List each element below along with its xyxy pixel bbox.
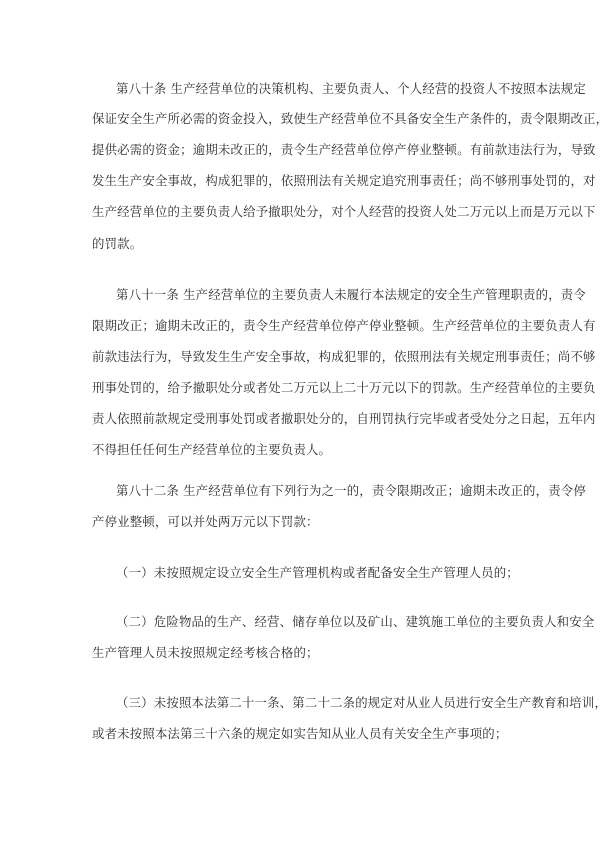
text-line: （三）未按照本法第二十一条、第二十二条的规定对从业人员进行安全生产教育和培训， bbox=[116, 695, 534, 711]
text-line: 不得担任任何生产经营单位的主要负责人。 bbox=[92, 442, 534, 458]
text-line: （二）危险物品的生产、经营、储存单位以及矿山、建筑施工单位的主要负责人和安全 bbox=[116, 614, 534, 630]
text-line: 第八十一条 生产经营单位的主要负责人未履行本法规定的安全生产管理职责的，责令 bbox=[116, 287, 534, 303]
text-line: 生产经营单位的主要负责人给予撤职处分，对个人经营的投资人处二万元以上而是万元以下 bbox=[92, 204, 534, 220]
document-page: 第八十条 生产经营单位的决策机构、主要负责人、个人经营的投资人不按照本法规定 保… bbox=[0, 0, 600, 848]
text-line: 第八十条 生产经营单位的决策机构、主要负责人、个人经营的投资人不按照本法规定 bbox=[116, 81, 534, 97]
text-line: 或者未按照本法第三十六条的规定如实告知从业人员有关安全生产事项的； bbox=[92, 726, 534, 742]
text-line: 第八十二条 生产经营单位有下列行为之一的，责令限期改正；逾期未改正的，责令停 bbox=[116, 483, 534, 499]
text-line: 产停业整顿，可以并处两万元以下罚款： bbox=[92, 514, 534, 530]
text-line: （一）未按照规定设立安全生产管理机构或者配备安全生产管理人员的； bbox=[116, 565, 534, 581]
text-line: 限期改正；逾期未改正的，责令生产经营单位停产停业整顿。生产经营单位的主要负责人有 bbox=[92, 318, 534, 334]
text-line: 的罚款。 bbox=[92, 236, 534, 252]
text-line: 保证安全生产所必需的资金投入，致使生产经营单位不具备安全生产条件的，责令限期改正… bbox=[92, 111, 534, 127]
text-line: 刑事处罚的，给予撤职处分或者处二万元以上二十万元以下的罚款。生产经营单位的主要负 bbox=[92, 380, 534, 396]
text-line: 责人依照前款规定受刑事处罚或者撤职处分的，自刑罚执行完毕或者受处分之日起，五年内 bbox=[92, 411, 534, 427]
text-line: 发生生产安全事故，构成犯罪的，依照刑法有关规定追究刑事责任；尚不够刑事处罚的，对 bbox=[92, 173, 534, 189]
text-line: 前款违法行为，导致发生生产安全事故，构成犯罪的，依照刑法有关规定刑事责任；尚不够 bbox=[92, 349, 534, 365]
text-line: 提供必需的资金；逾期未改正的，责令生产经营单位停产停业整顿。有前款违法行为，导致 bbox=[92, 142, 534, 158]
text-line: 生产管理人员未按照规定经考核合格的； bbox=[92, 645, 534, 661]
